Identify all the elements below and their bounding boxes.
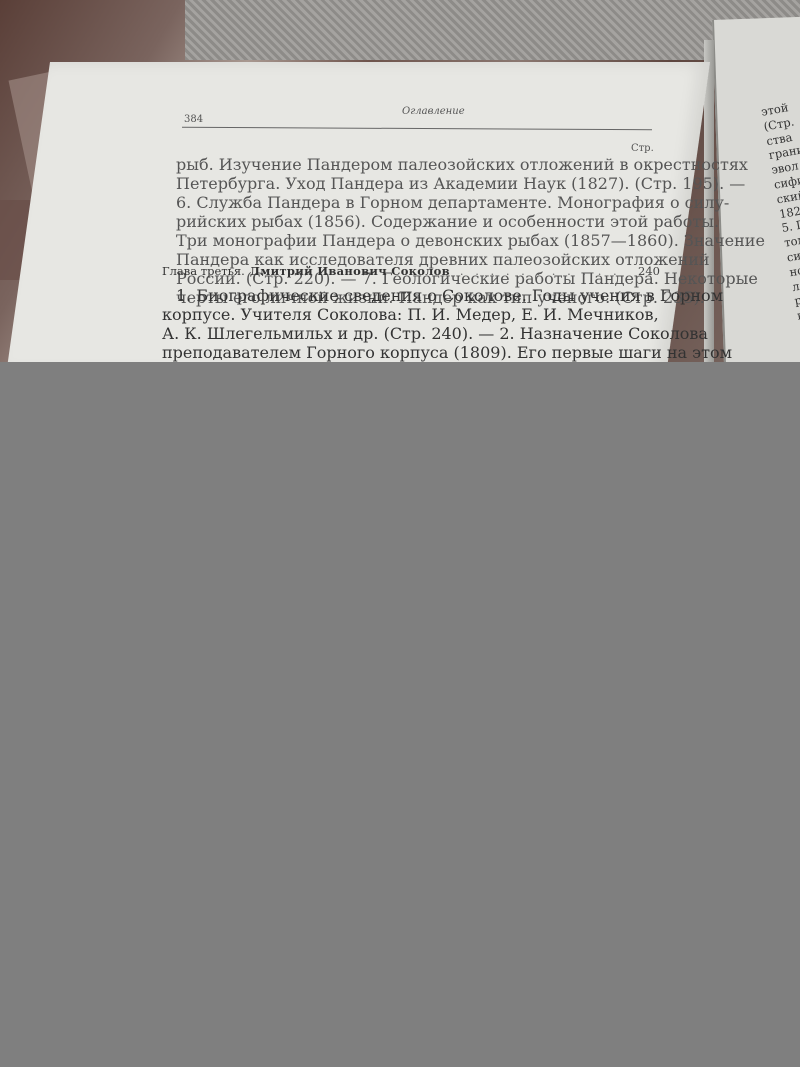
text-line: Три монографии Пандера о девонских рыбах… xyxy=(176,231,608,250)
text-line: А. К. Шлегельмильх и др. (Стр. 240). — 2… xyxy=(162,324,612,343)
page-number: 384 xyxy=(184,114,203,125)
chapter-page-number: 240 xyxy=(638,264,660,278)
toc-chapter-heading: Глава третья. Дмитрий Иванович Соколов .… xyxy=(162,264,660,278)
text-line: рыб. Изучение Пандером палеозойских отло… xyxy=(176,155,608,174)
page-header: 384 Оглавление xyxy=(182,104,652,130)
chapter-title: Дмитрий Иванович Соколов xyxy=(250,264,450,278)
toc-entry-continued: рыб. Изучение Пандером палеозойских отло… xyxy=(176,155,608,307)
text-line: 1. Биографические сведения о Соколове. Г… xyxy=(162,286,612,305)
leader-dots: . . . . . . . . . . . . . . . . xyxy=(460,264,628,278)
text-line: Петербурга. Уход Пандера из Академии Нау… xyxy=(176,174,608,193)
gray-occlusion-block xyxy=(0,362,800,1067)
page-column-label: Стр. xyxy=(631,143,654,154)
text-line: рийских рыбах (1856). Содержание и особе… xyxy=(176,212,608,231)
text-line: корпусе. Учителя Соколова: П. И. Медер, … xyxy=(162,305,612,324)
chapter-label: Глава третья. xyxy=(162,264,245,278)
running-title: Оглавление xyxy=(402,106,465,117)
text-line: преподавателем Горного корпуса (1809). Е… xyxy=(162,343,612,362)
text-line: 6. Служба Пандера в Горном департаменте.… xyxy=(176,193,608,212)
header-rule xyxy=(182,127,652,130)
